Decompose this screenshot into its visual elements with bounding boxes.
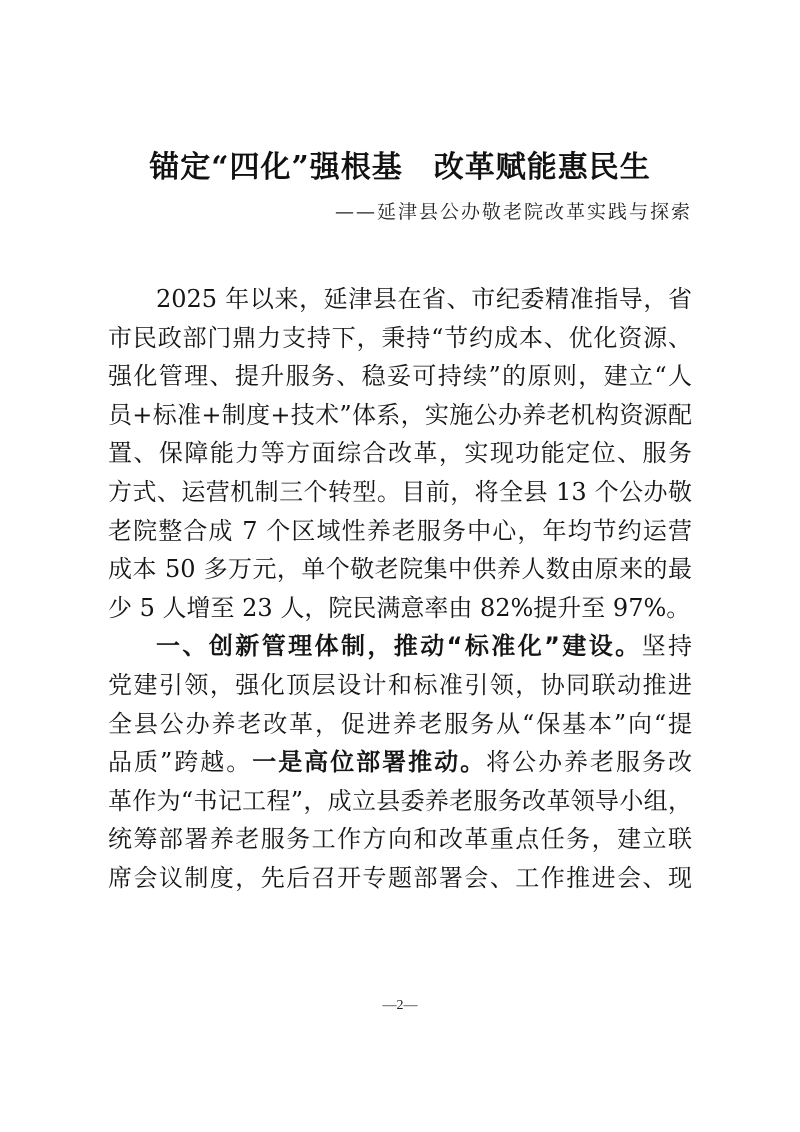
paragraph-line: 革作为“书记工程”，成立县委养老服务改革领导小组， bbox=[108, 782, 692, 821]
line-post: 将公办养老服务改 bbox=[486, 748, 692, 776]
paragraph-line: 成本 50 多万元，单个敬老院集中供养人数由原来的最 bbox=[108, 550, 692, 589]
paragraph-line: 方式、运营机制三个转型。目前，将全县 13 个公办敬 bbox=[108, 473, 692, 512]
paragraph-line: 统筹部署养老服务工作方向和改革重点任务，建立联 bbox=[108, 820, 692, 859]
paragraph-line: 老院整合成 7 个区域性养老服务中心，年均节约运营 bbox=[108, 512, 692, 551]
document-subtitle: ——延津县公办敬老院改革实践与探索 bbox=[335, 197, 692, 224]
paragraph-line: 席会议制度，先后召开专题部署会、工作推进会、现 bbox=[108, 859, 692, 898]
paragraph-line: 市民政部门鼎力支持下，秉持“节约成本、优化资源、 bbox=[108, 319, 692, 358]
page-number: —2— bbox=[0, 998, 800, 1014]
document-body: 2025 年以来，延津县在省、市纪委精准指导，省 市民政部门鼎力支持下，秉持“节… bbox=[108, 280, 692, 898]
document-title: 锚定“四化”强根基 改革赋能惠民生 bbox=[0, 142, 800, 186]
sub-heading: 一是高位部署推动。 bbox=[252, 748, 486, 776]
section-heading-line: 一、创新管理体制，推动“标准化”建设。坚持 bbox=[108, 627, 692, 666]
paragraph-line-mixed: 品质”跨越。一是高位部署推动。将公办养老服务改 bbox=[108, 743, 692, 782]
paragraph-line: 置、保障能力等方面综合改革，实现功能定位、服务 bbox=[108, 434, 692, 473]
paragraph-line: 全县公办养老改革，促进养老服务从“保基本”向“提 bbox=[108, 705, 692, 744]
section-heading: 一、创新管理体制，推动“标准化”建设。 bbox=[156, 632, 642, 660]
document-page: 锚定“四化”强根基 改革赋能惠民生 ——延津县公办敬老院改革实践与探索 2025… bbox=[0, 0, 800, 1132]
paragraph-line: 员+标准+制度+技术”体系，实施公办养老机构资源配 bbox=[108, 396, 692, 435]
paragraph-line: 党建引领，强化顶层设计和标准引领，协同联动推进 bbox=[108, 666, 692, 705]
line-pre: 品质”跨越。 bbox=[108, 748, 252, 776]
paragraph-line: 少 5 人增至 23 人，院民满意率由 82%提升至 97%。 bbox=[108, 589, 692, 628]
paragraph-line: 强化管理、提升服务、稳妥可持续”的原则，建立“人 bbox=[108, 357, 692, 396]
paragraph-line: 2025 年以来，延津县在省、市纪委精准指导，省 bbox=[108, 280, 692, 319]
section-heading-tail: 坚持 bbox=[642, 632, 692, 660]
